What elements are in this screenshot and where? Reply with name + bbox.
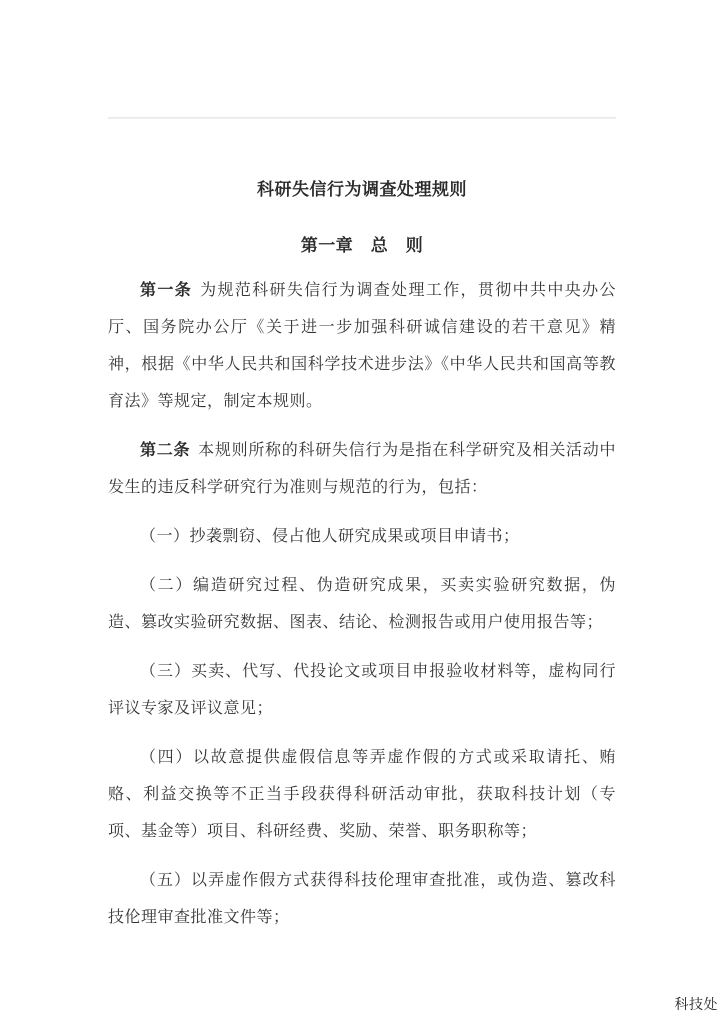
- clause-item-5: （五）以弄虚作假方式获得科技伦理审查批准，或伪造、篡改科技伦理审查批准文件等；: [108, 862, 616, 936]
- clause-item-2: （二）编造研究过程、伪造研究成果，买卖实验研究数据，伪造、篡改实验研究数据、图表…: [108, 567, 616, 641]
- clause-item-1: （一）抄袭剽窃、侵占他人研究成果或项目申请书；: [108, 518, 616, 555]
- document-page: 科研失信行为调查处理规则 第一章 总 则 第一条为规范科研失信行为调查处理工作，…: [0, 0, 724, 1024]
- article-paragraph-2: 第二条本规则所称的科研失信行为是指在科学研究及相关活动中发生的违反科学研究行为准…: [108, 432, 616, 506]
- document-body: 第一条为规范科研失信行为调查处理工作，贯彻中共中央办公厅、国务院办公厅《关于进一…: [108, 272, 616, 936]
- document-content: 科研失信行为调查处理规则 第一章 总 则 第一条为规范科研失信行为调查处理工作，…: [108, 0, 616, 948]
- article-1-text: 为规范科研失信行为调查处理工作，贯彻中共中央办公厅、国务院办公厅《关于进一步加强…: [108, 282, 616, 410]
- article-2-label: 第二条: [140, 442, 190, 459]
- clause-item-4: （四）以故意提供虚假信息等弄虚作假的方式或采取请托、贿赂、利益交换等不正当手段获…: [108, 739, 616, 850]
- article-1-label: 第一条: [140, 282, 192, 299]
- article-paragraph-1: 第一条为规范科研失信行为调查处理工作，贯彻中共中央办公厅、国务院办公厅《关于进一…: [108, 272, 616, 420]
- chapter-heading: 第一章 总 则: [108, 234, 616, 258]
- footer-department-label: 科技处: [675, 995, 719, 1013]
- clause-item-3: （三）买卖、代写、代投论文或项目申报验收材料等，虚构同行评议专家及评议意见；: [108, 653, 616, 727]
- document-title: 科研失信行为调查处理规则: [108, 0, 616, 202]
